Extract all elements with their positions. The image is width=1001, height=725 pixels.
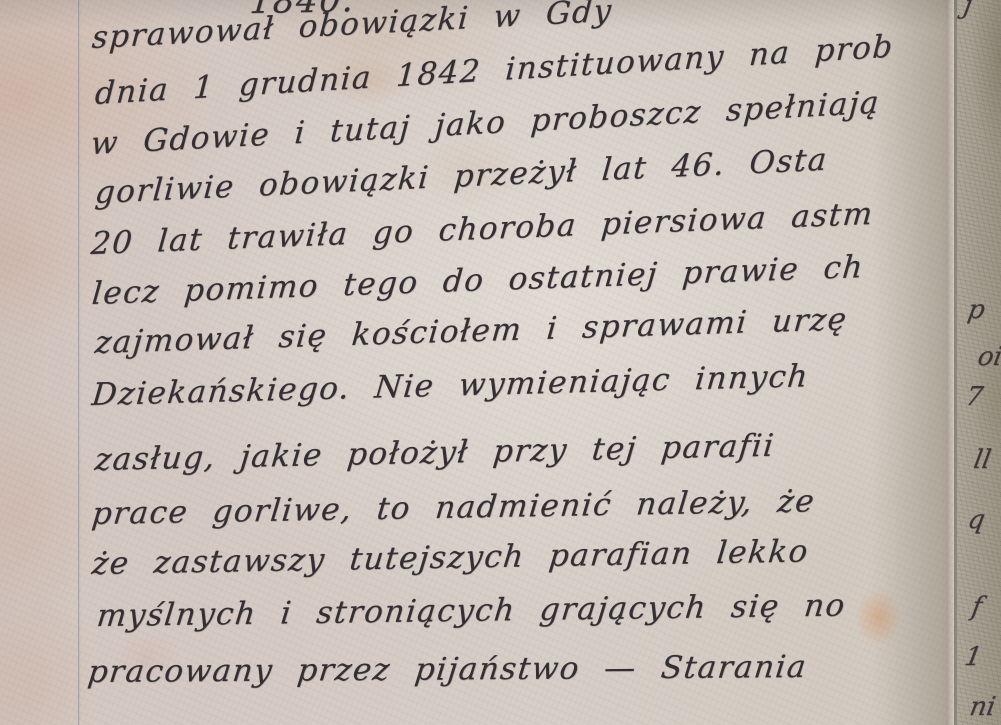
margin-rule-line: [78, 0, 79, 725]
page-fold-shadow: [872, 0, 954, 725]
manuscript-line: prace gorliwe, to nadmienić należy, że: [90, 483, 817, 532]
manuscript-line: zajmował się kościołem i sprawami urzę: [93, 301, 849, 361]
manuscript-line: myślnych i stroniących grających się no: [95, 588, 848, 635]
facing-page-ink-mark: oi: [975, 342, 1001, 372]
manuscript-photo: 1840. sprawował obowiązki w Gdy dnia 1 g…: [0, 0, 1001, 725]
manuscript-line: że zastawszy tutejszych parafian lekko: [90, 533, 811, 582]
manuscript-line: sprawował obowiązki w Gdy: [91, 0, 614, 56]
manuscript-line: zasług, jakie położył przy tej parafii: [93, 428, 776, 478]
facing-page-ink-mark: ni: [967, 692, 997, 722]
manuscript-line: Dziekańskiego. Nie wymieniając innych: [90, 358, 810, 413]
manuscript-line: lecz pomimo tego do ostatniej prawie ch: [90, 249, 865, 312]
manuscript-line: pracowany przez pijaństwo — Starania: [86, 649, 809, 690]
